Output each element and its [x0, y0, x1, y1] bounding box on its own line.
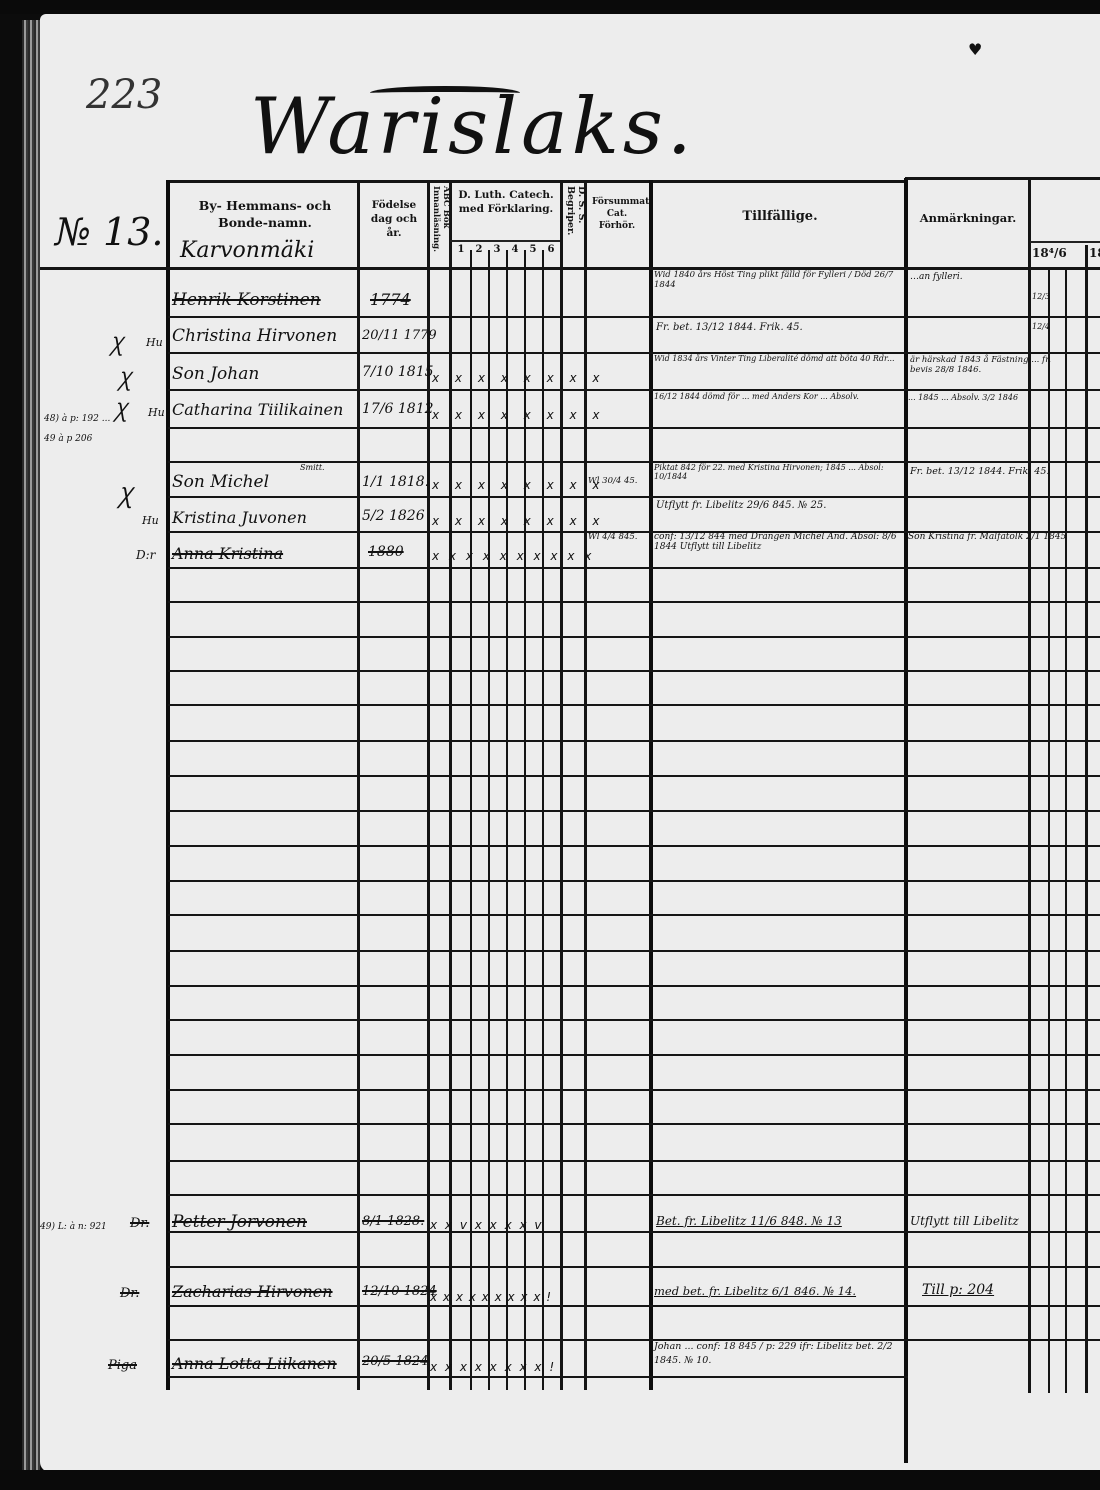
right-header-bottom-line	[905, 267, 1100, 270]
title-flourish	[370, 86, 520, 100]
header-occasional-column: Tillfällige.	[660, 208, 900, 226]
entry-remarks: är härskad 1843 å Fästning ... fr. bevis…	[910, 355, 1070, 375]
header-name-column: By- Hemmans- och Bonde-namn.	[185, 198, 345, 232]
row-line	[168, 427, 1100, 429]
catech-sub-2: 2	[476, 244, 483, 255]
entry-birth: 1880	[368, 544, 404, 560]
header-remarks-column: Anmärkningar.	[908, 211, 1028, 227]
entry-relation: Dr.	[120, 1286, 139, 1301]
entry-remarks: ... 1845 ... Absolv. 3/2 1846	[908, 393, 1028, 402]
row-line	[168, 1160, 1100, 1162]
header-dss-column: D. S. S. Begriper.	[565, 186, 587, 256]
entry-name: Catharina Tiilikainen	[172, 400, 343, 419]
entry-relation: Hu	[142, 514, 159, 527]
entry-birth: 5/2 1826	[362, 508, 425, 524]
entry-birth: 20/5 1824	[362, 1354, 428, 1369]
col-line-years-right	[1085, 245, 1088, 1393]
right-page-top-border	[905, 177, 1100, 180]
col-line-occasional-left	[649, 180, 653, 1390]
entry-name: Anna Lotta Liikanen	[172, 1354, 337, 1373]
entry-occasional: med bet. fr. Libelitz 6/1 846. № 14.	[654, 1284, 856, 1298]
catech-subheader-numbers: 1 2 3 4 5 6	[452, 244, 560, 255]
col-line-years-sub2	[1065, 270, 1067, 1393]
entry-relation: D:r	[136, 548, 155, 562]
entry-years: 12/4	[1032, 322, 1050, 331]
row-line	[168, 880, 1100, 882]
col-line-missed-left	[584, 180, 587, 1390]
header-birth-column: Födelse dag och år.	[362, 198, 426, 241]
entry-occasional: Fr. bet. 13/12 1844. Frik. 45.	[656, 322, 803, 333]
entry-occasional: 16/12 1844 dömd för ... med Anders Kor .…	[654, 392, 899, 401]
entry-remarks: …an fylleri.	[910, 272, 963, 282]
margin-note: 49) L: à n: 921	[40, 1222, 107, 1232]
entry-mark: Ꭓ	[110, 330, 123, 357]
col-line-catech-left	[449, 180, 452, 1390]
catech-marks: x x x x x x x x x !	[430, 1290, 552, 1304]
entry-remarks: Utflytt till Libelitz	[910, 1214, 1019, 1228]
margin-note: 48) à p: 192 ...	[44, 414, 110, 424]
entry-mark: Ꭓ	[118, 365, 131, 392]
entry-birth: 7/10 1815	[362, 364, 434, 380]
row-line	[168, 775, 1100, 777]
table-top-border	[168, 180, 908, 183]
col-line-dss-left	[560, 180, 563, 1390]
entry-birth: 1774	[370, 290, 411, 309]
row-line	[168, 740, 1100, 742]
row-line	[168, 810, 1100, 812]
row-line	[168, 1194, 1100, 1196]
entry-name: Son Michel	[172, 472, 269, 492]
book-edge	[22, 20, 40, 1470]
catech-marks: x x x x x x x x	[432, 371, 606, 385]
catech-marks: x x x x x x x x x x	[432, 549, 594, 563]
col-line-birth-left	[357, 180, 360, 1390]
catech-sub-1: 1	[458, 244, 465, 255]
entry-birth: 20/11 1779	[362, 328, 437, 343]
farm-name: Karvonmäki	[180, 238, 314, 263]
entry-relation: Hu	[148, 406, 165, 419]
catech-subheader-line	[450, 240, 560, 242]
entry-relation: Piga	[108, 1358, 137, 1373]
row-line	[168, 1089, 1100, 1091]
ink-blot-icon: ♥	[968, 40, 982, 59]
row-line	[168, 1054, 1100, 1056]
entry-remarks: Fr. bet. 13/12 1844. Frik. 45.	[910, 466, 1049, 477]
entry-mark: Ꭓ	[118, 480, 132, 510]
header-catech-column: D. Luth. Catech. med Förklaring.	[452, 188, 560, 216]
row-line	[168, 567, 1100, 569]
row-line	[168, 1305, 1100, 1307]
row-line	[168, 985, 1100, 987]
entry-name: Christina Hirvonen	[172, 326, 337, 346]
page-number: 223	[86, 72, 162, 118]
entry-missed: Wl 4/4 845.	[588, 532, 637, 542]
row-line	[168, 914, 1100, 916]
row-line	[168, 389, 1100, 391]
row-line	[168, 1123, 1100, 1125]
row-line	[168, 352, 1100, 354]
entry-years: 12/3	[1032, 292, 1050, 301]
entry-remarks: Till p: 204	[922, 1282, 994, 1298]
entry-birth: 8/1 1828.	[362, 1214, 424, 1229]
entry-relation: Hu	[146, 336, 163, 349]
col-line-abc-left	[427, 180, 430, 1390]
catech-marks: x x x x x x x x	[432, 408, 606, 422]
catech-marks: x x x x x x x x !	[430, 1360, 556, 1374]
catech-sub-6: 6	[548, 244, 555, 255]
page-seam	[904, 178, 908, 1463]
entry-relation: Dr.	[130, 1216, 149, 1231]
farm-number: № 13.	[55, 210, 163, 254]
entry-title-note: Smitt.	[300, 463, 325, 472]
entry-name: Son Johan	[172, 364, 259, 384]
catech-sub-5: 5	[530, 244, 537, 255]
entry-name: Henrik Korstinen	[172, 290, 321, 310]
header-abc-column: ABC Bok Innanläsning.	[431, 186, 451, 262]
scan-border-top	[0, 0, 1100, 14]
row-line	[168, 1339, 1100, 1341]
row-line	[168, 1231, 1100, 1233]
entry-name: Petter Jorvonen	[172, 1212, 307, 1232]
col-line-years-sub1	[1048, 270, 1050, 1393]
row-line	[168, 601, 1100, 603]
header-year-2: 18	[1089, 245, 1100, 261]
entry-occasional: conf: 13/12 844 med Drängen Michel And. …	[654, 532, 902, 552]
scan-border-bottom	[0, 1470, 1100, 1490]
row-line	[168, 496, 1100, 498]
header-year-1: 18⁴/6	[1032, 245, 1078, 261]
entry-name: Anna Kristina	[172, 544, 283, 563]
entry-occasional: Piktat 842 för 22. med Kristina Hirvonen…	[654, 463, 899, 481]
years-subheader-line	[1030, 241, 1100, 243]
entry-birth: 1/1 1818.	[362, 474, 429, 490]
entry-occasional: Johan ... conf: 18 845 / p: 229 ifr: Lib…	[654, 1340, 902, 1369]
entry-missed: Wl 30/4 45.	[588, 476, 637, 486]
entry-occasional: Bet. fr. Libelitz 11/6 848. № 13	[656, 1214, 842, 1228]
row-line	[168, 316, 1100, 318]
entry-name: Kristina Juvonen	[172, 508, 307, 527]
row-line	[168, 636, 1100, 638]
entry-occasional: Wid 1834 års Vinter Ting Liberalité dömd…	[654, 354, 899, 363]
entry-remarks: Son Kristina fr. Malfatolk 2/1 1845	[908, 532, 1098, 542]
catech-sub-4: 4	[512, 244, 519, 255]
row-line	[168, 1266, 1100, 1268]
entry-mark: Ꭓ	[114, 396, 127, 423]
row-line	[168, 845, 1100, 847]
catech-sub-3: 3	[494, 244, 501, 255]
row-line	[168, 670, 1100, 672]
entry-birth: 12/10 1824	[362, 1284, 437, 1299]
entry-birth: 17/6 1812	[362, 401, 434, 417]
col-line-name-left	[166, 180, 170, 1390]
row-line	[168, 704, 1100, 706]
catech-marks: x x x x x x x x	[432, 514, 606, 528]
entry-name: Zacharias Hirvonen	[172, 1282, 333, 1301]
catech-marks: x x v x x x x v	[430, 1218, 544, 1232]
header-missed-column: Försummat Cat. Förhör.	[592, 196, 642, 232]
margin-note: 49 à p 206	[44, 434, 92, 444]
entry-occasional: Utflytt fr. Libelitz 29/6 845. № 25.	[656, 500, 826, 511]
row-line	[168, 1019, 1100, 1021]
entry-occasional: Wid 1840 års Höst Ting plikt fälld för F…	[654, 270, 899, 290]
catech-marks: x x x x x x x x	[432, 478, 606, 492]
row-line	[168, 1376, 908, 1378]
row-line	[168, 950, 1100, 952]
